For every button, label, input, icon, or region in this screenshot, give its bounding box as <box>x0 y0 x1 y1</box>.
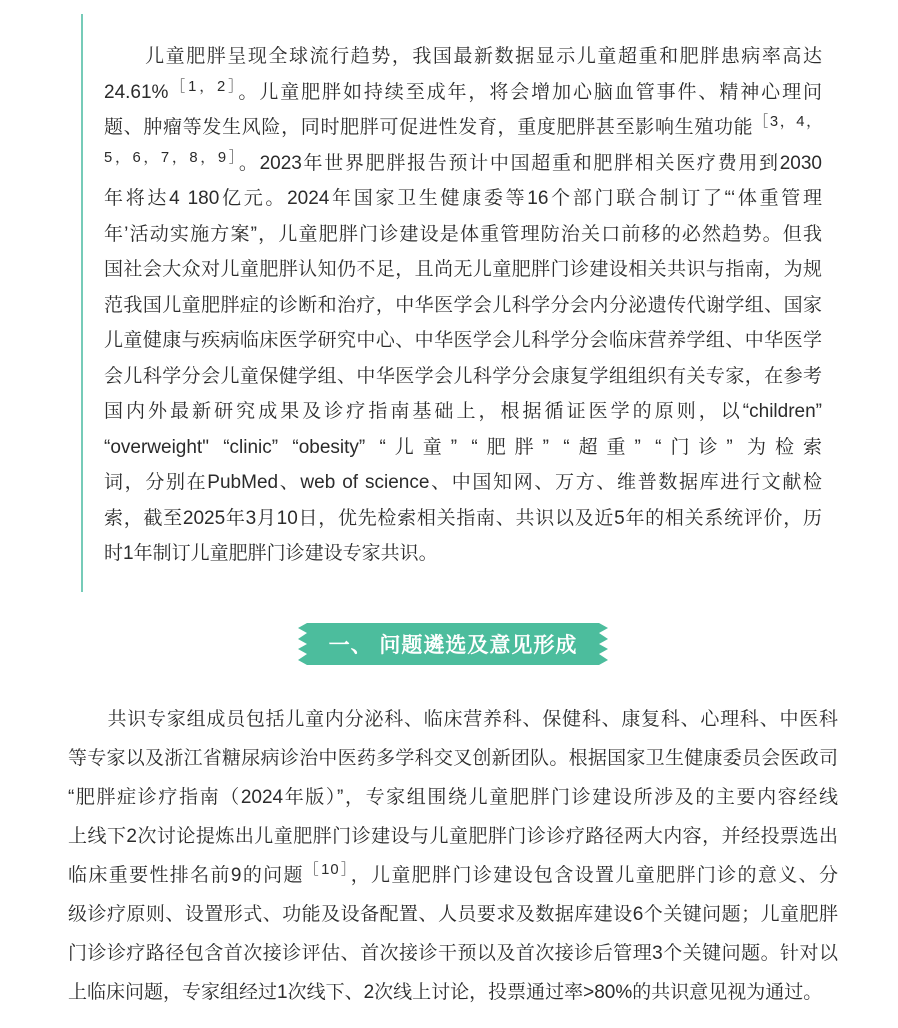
text-segment: 共识专家组成员包括儿童内分泌科、临床营养科、保健科、康复科、心理科、中医科 <box>68 709 838 730</box>
text-line: “overweight" “clinic” “obesity” “儿童” “肥胖… <box>104 430 822 466</box>
text-segment: 时1年制订儿童肥胖门诊建设专家共识。 <box>104 543 438 564</box>
intro-paragraph: 儿童肥胖呈现全球流行趋势，我国最新数据显示儿童超重和肥胖患病率高达24.61%［… <box>104 39 822 572</box>
text-line: 临床重要性排名前9的问题［10］，儿童肥胖门诊建设包含设置儿童肥胖门诊的意义、分 <box>68 856 838 895</box>
text-line: 词，分别在PubMed、web of science、中国知网、万方、维普数据库… <box>104 465 822 501</box>
text-segment: 。2023年世界肥胖报告预计中国超重和肥胖相关医疗费用到2030 <box>239 153 822 174</box>
text-segment: 年将达4 180亿元。2024年国家卫生健康委等16个部门联合制订了“‘体重管理 <box>104 188 822 209</box>
text-segment: 词，分别在PubMed、web of science、中国知网、万方、维普数据库… <box>104 472 822 493</box>
text-line: 时1年制订儿童肥胖门诊建设专家共识。 <box>104 536 822 572</box>
text-segment: 。儿童肥胖如持续至成年，将会增加心脑血管事件、精神心理问 <box>238 82 822 103</box>
text-segment: 国社会大众对儿童肥胖认知仍不足，且尚无儿童肥胖门诊建设相关共识与指南，为规 <box>104 259 822 280</box>
text-line: 年’活动实施方案”，儿童肥胖门诊建设是体重管理防治关口前移的必然趋势。但我 <box>104 217 822 253</box>
text-line: 级诊疗原则、设置形式、功能及设备配置、人员要求及数据库建设6个关键问题；儿童肥胖 <box>68 895 838 934</box>
text-segment: 题、肿瘤等发生风险，同时肥胖可促进性发育，重度肥胖甚至影响生殖功能 <box>104 117 753 138</box>
text-segment: 级诊疗原则、设置形式、功能及设备配置、人员要求及数据库建设6个关键问题；儿童肥胖 <box>68 904 838 925</box>
text-line: 题、肿瘤等发生风险，同时肥胖可促进性发育，重度肥胖甚至影响生殖功能［3，4， <box>104 110 822 146</box>
text-segment: “肥胖症诊疗指南（2024年版）”，专家组围绕儿童肥胖门诊建设所涉及的主要内容经… <box>68 787 838 808</box>
citation-superscript: 5，6，7，8，9］ <box>104 150 239 166</box>
quote-accent-bar <box>81 14 83 592</box>
text-line: 年将达4 180亿元。2024年国家卫生健康委等16个部门联合制订了“‘体重管理 <box>104 181 822 217</box>
text-line: “肥胖症诊疗指南（2024年版）”，专家组围绕儿童肥胖门诊建设所涉及的主要内容经… <box>68 778 838 817</box>
citation-superscript: ［1，2］ <box>168 79 238 95</box>
text-segment: 儿童健康与疾病临床医学研究中心、中华医学会儿科学分会临床营养学组、中华医学 <box>104 330 822 351</box>
text-segment: 临床重要性排名前9的问题 <box>68 865 304 886</box>
text-line: 会儿科学分会儿童保健学组、中华医学会儿科学分会康复学组组织有关专家，在参考 <box>104 359 822 395</box>
text-line: 儿童肥胖呈现全球流行趋势，我国最新数据显示儿童超重和肥胖患病率高达 <box>104 39 822 75</box>
text-line: 国社会大众对儿童肥胖认知仍不足，且尚无儿童肥胖门诊建设相关共识与指南，为规 <box>104 252 822 288</box>
text-segment: 24.61% <box>104 82 168 103</box>
text-segment: 等专家以及浙江省糖尿病诊治中医药多学科交叉创新团队。根据国家卫生健康委员会医政司 <box>68 748 838 769</box>
text-line: 国内外最新研究成果及诊疗指南基础上，根据循证医学的原则，以“children” <box>104 394 822 430</box>
section-banner-ribbon: 一、 问题遴选及意见形成 <box>298 623 608 665</box>
text-segment: 索，截至2025年3月10日，优先检索相关指南、共识以及近5年的相关系统评价，历 <box>104 508 822 529</box>
text-segment: “overweight" “clinic” “obesity” “儿童” “肥胖… <box>104 437 822 458</box>
text-segment: 会儿科学分会儿童保健学组、中华医学会儿科学分会康复学组组织有关专家，在参考 <box>104 366 822 387</box>
text-line: 5，6，7，8，9］。2023年世界肥胖报告预计中国超重和肥胖相关医疗费用到20… <box>104 146 822 182</box>
text-line: 门诊诊疗路径包含首次接诊评估、首次接诊干预以及首次接诊后管理3个关键问题。针对以 <box>68 934 838 973</box>
text-segment: 范我国儿童肥胖症的诊断和治疗，中华医学会儿科学分会内分泌遗传代谢学组、国家 <box>104 295 822 316</box>
text-segment: 儿童肥胖呈现全球流行趋势，我国最新数据显示儿童超重和肥胖患病率高达 <box>104 46 822 67</box>
text-segment: 上线下2次讨论提炼出儿童肥胖门诊建设与儿童肥胖门诊诊疗路径两大内容，并经投票选出 <box>68 826 838 847</box>
text-line: 等专家以及浙江省糖尿病诊治中医药多学科交叉创新团队。根据国家卫生健康委员会医政司 <box>68 739 838 778</box>
text-line: 共识专家组成员包括儿童内分泌科、临床营养科、保健科、康复科、心理科、中医科 <box>68 700 838 739</box>
text-segment: 国内外最新研究成果及诊疗指南基础上，根据循证医学的原则，以“children” <box>104 401 822 422</box>
text-segment: 年’活动实施方案”，儿童肥胖门诊建设是体重管理防治关口前移的必然趋势。但我 <box>104 224 822 245</box>
text-line: 上线下2次讨论提炼出儿童肥胖门诊建设与儿童肥胖门诊诊疗路径两大内容，并经投票选出 <box>68 817 838 856</box>
citation-superscript: ［10］ <box>304 862 351 878</box>
text-line: 上临床问题，专家组经过1次线下、2次线上讨论，投票通过率>80%的共识意见视为通… <box>68 973 838 1012</box>
text-line: 索，截至2025年3月10日，优先检索相关指南、共识以及近5年的相关系统评价，历 <box>104 501 822 537</box>
selection-paragraph: 共识专家组成员包括儿童内分泌科、临床营养科、保健科、康复科、心理科、中医科等专家… <box>68 700 838 1012</box>
section-banner-label: 一、 问题遴选及意见形成 <box>329 629 578 659</box>
text-line: 儿童健康与疾病临床医学研究中心、中华医学会儿科学分会临床营养学组、中华医学 <box>104 323 822 359</box>
text-segment: ，儿童肥胖门诊建设包含设置儿童肥胖门诊的意义、分 <box>351 865 838 886</box>
text-line: 范我国儿童肥胖症的诊断和治疗，中华医学会儿科学分会内分泌遗传代谢学组、国家 <box>104 288 822 324</box>
text-segment: 上临床问题，专家组经过1次线下、2次线上讨论，投票通过率>80%的共识意见视为通… <box>68 982 822 1003</box>
citation-superscript: ［3，4， <box>753 114 822 130</box>
text-line: 24.61%［1，2］。儿童肥胖如持续至成年，将会增加心脑血管事件、精神心理问 <box>104 75 822 111</box>
document-page: 儿童肥胖呈现全球流行趋势，我国最新数据显示儿童超重和肥胖患病率高达24.61%［… <box>0 0 898 1028</box>
text-segment: 门诊诊疗路径包含首次接诊评估、首次接诊干预以及首次接诊后管理3个关键问题。针对以 <box>68 943 838 964</box>
